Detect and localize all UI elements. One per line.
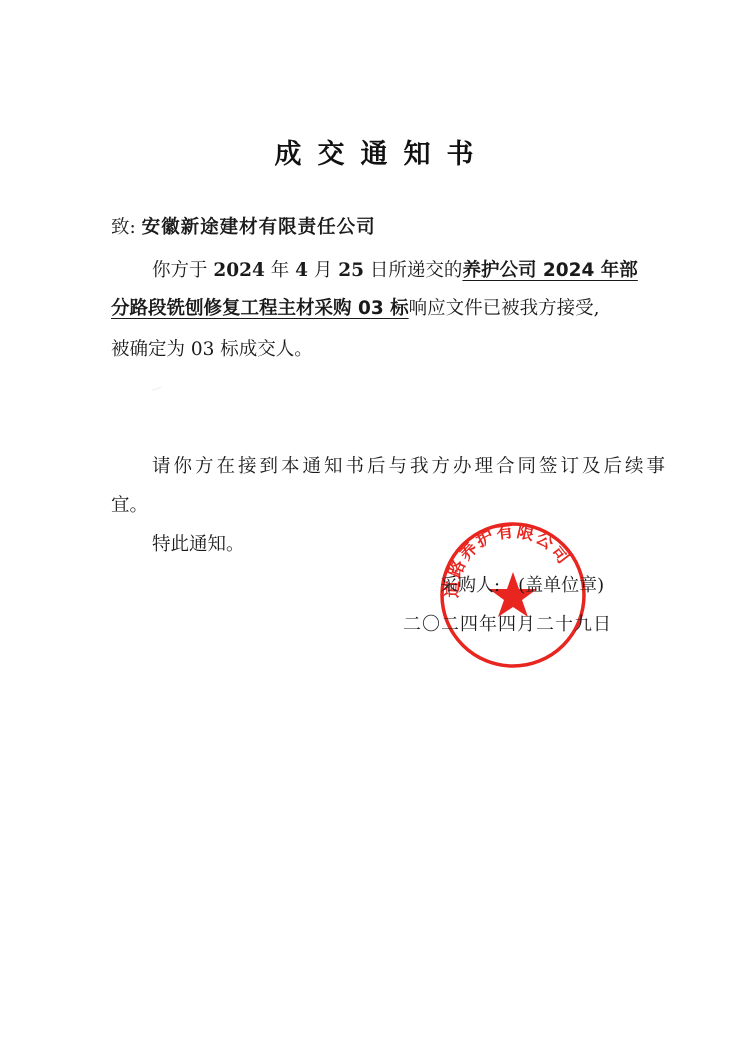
paragraph-1-line-2: 分路段铣刨修复工程主材采购 03 标响应文件已被我方接受,: [111, 297, 600, 321]
recipient-label: 致:: [111, 217, 136, 238]
paragraph-2-line-2: 宜。: [111, 494, 148, 518]
paragraph-2-line-1: 请你方在接到本通知书后与我方办理合同签订及后续事: [152, 455, 668, 479]
day-suffix: 日所递交的: [364, 260, 462, 281]
project-name-part-2: 分路段铣刨修复工程主材采购 03 标: [111, 298, 409, 319]
submit-month: 4: [295, 260, 308, 281]
para1-prefix: 你方于: [152, 260, 213, 281]
paragraph-1-line-1: 你方于 2024 年 4 月 25 日所递交的养护公司 2024 年部: [152, 259, 638, 283]
project-name-part-1: 养护公司 2024 年部: [462, 260, 637, 281]
seal-note: (盖单位章): [518, 575, 604, 596]
recipient-name: 安徽新途建材有限责任公司: [142, 217, 376, 238]
para1-line2-suffix: 响应文件已被我方接受,: [409, 298, 600, 319]
submit-day: 25: [338, 260, 364, 281]
purchaser-line: 采购人:(盖单位章): [440, 571, 604, 597]
submit-year: 2024: [213, 260, 265, 281]
scan-smudge: [152, 387, 164, 397]
month-unit: 月: [308, 260, 338, 281]
year-unit: 年: [265, 260, 295, 281]
document-page: 成交通知书 致: 安徽新途建材有限责任公司 你方于 2024 年 4 月 25 …: [0, 0, 750, 1061]
closing-line: 特此通知。: [152, 533, 245, 557]
document-title: 成交通知书: [0, 132, 750, 171]
paragraph-1-line-3: 被确定为 03 标成交人。: [111, 338, 313, 362]
purchaser-label: 采购人:: [440, 575, 500, 596]
recipient-line: 致: 安徽新途建材有限责任公司: [111, 216, 376, 240]
signature-date: 二〇二四年四月二十九日: [403, 610, 612, 636]
